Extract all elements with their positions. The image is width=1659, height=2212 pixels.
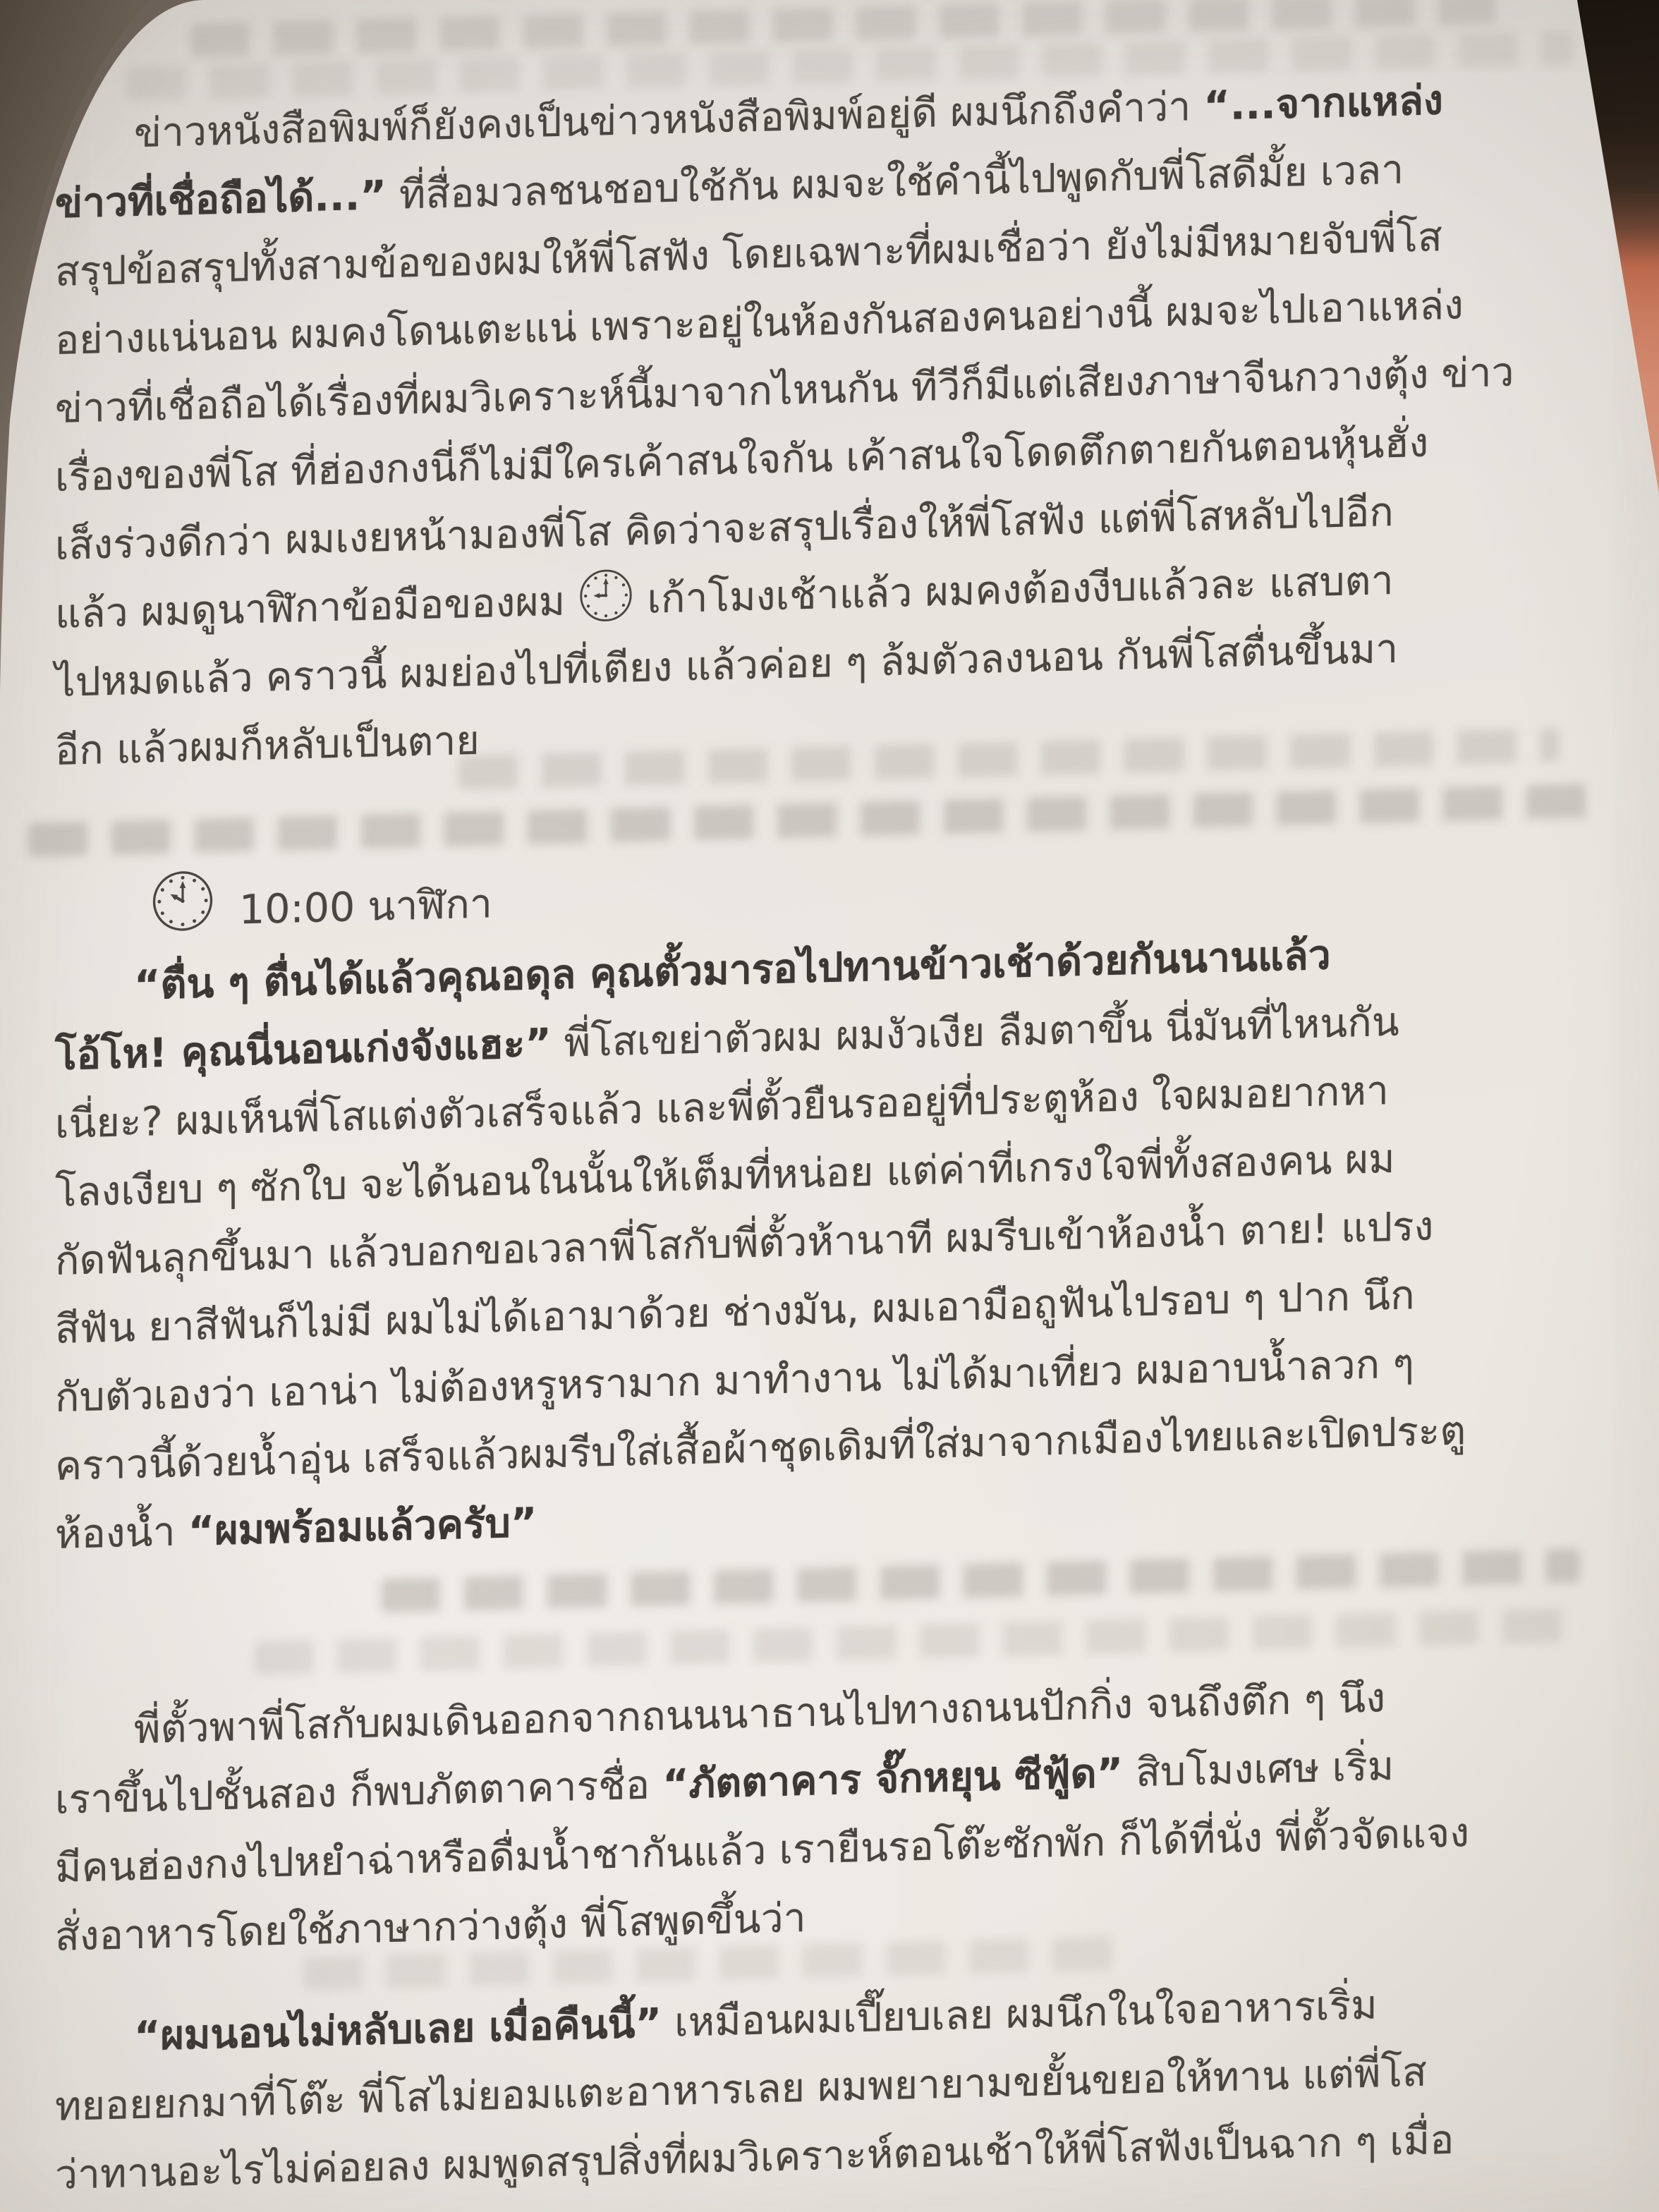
bold-text-segment: โอ้โห! คุณนี่นอนเก่งจังแฮะ”	[55, 1020, 552, 1079]
text-segment: สิบโมงเศษ เริ่ม	[1123, 1743, 1394, 1797]
page-paper: ข่าวหนังสือพิมพ์ก็ยังคงเป็นข่าวหนังสือพิ…	[0, 0, 1659, 2212]
show-through-ghost	[381, 1548, 1580, 1612]
bold-text-segment: ข่าวที่เชื่อถือได้...”	[55, 172, 387, 227]
paragraph-p4: “ผมนอนไม่หลับเลย เมื่อคืนนี้” เหมือนผมเป…	[55, 1965, 1610, 2210]
text-segment: เหมือนผมเปี๊ยบเลย ผมนึกในใจอาหารเริ่ม	[662, 1982, 1378, 2047]
text-segment: สั่งอาหารโดยใช้ภาษากว่างตุ้ง พี่โสพูดขึ้…	[55, 1895, 806, 1960]
text-segment: เก้าโมงเช้าแล้ว ผมคงต้องงีบแล้วละ แสบตา	[634, 557, 1393, 623]
paragraph-p1: ข่าวหนังสือพิมพ์ก็ยังคงเป็นข่าวหนังสือพิ…	[55, 62, 1610, 786]
show-through-ghost	[190, 0, 1495, 57]
book-page-photo: ข่าวหนังสือพิมพ์ก็ยังคงเป็นข่าวหนังสือพิ…	[0, 0, 1659, 2212]
bold-text-segment: “ผมนอนไม่หลับเลย เมื่อคืนนี้”	[134, 2000, 662, 2060]
page-text: ข่าวหนังสือพิมพ์ก็ยังคงเป็นข่าวหนังสือพิ…	[0, 0, 1659, 2212]
text-segment: ห้องน้ำ	[55, 1508, 188, 1558]
paragraph-p3: พี่ตั้วพาพี่โสกับผมเดินออกจากถนนนาธานไปท…	[55, 1658, 1610, 1971]
bold-text-segment: “...จากแหล่ง	[1203, 77, 1442, 130]
clock-icon	[578, 566, 634, 645]
clock-icon	[150, 868, 215, 955]
text-segment: อีก แล้วผมก็หลับเป็นตาย	[55, 717, 480, 774]
text-segment: พี่โสเขย่าตัวผม ผมงัวเงีย ลืมตาขึ้น นี่ม…	[552, 999, 1399, 1066]
text-segment: แล้ว ผมดูนาฬิกาข้อมือของผม	[55, 578, 578, 638]
paragraph-p2: “ตื่น ๆ ตื่นได้แล้วคุณอดุล คุณตั้วมารอไป…	[55, 914, 1610, 1569]
text-segment: เราขึ้นไปชั้นสอง ก็พบภัตตาคารชื่อ	[55, 1761, 662, 1823]
heading-time: 10:00 นาฬิกา	[239, 870, 492, 944]
bold-text-segment: “ภัตตาคาร จั๊กหยุน ซีฟู้ด”	[662, 1750, 1123, 1809]
bold-text-segment: “ผมพร้อมแล้วครับ”	[188, 1500, 537, 1555]
